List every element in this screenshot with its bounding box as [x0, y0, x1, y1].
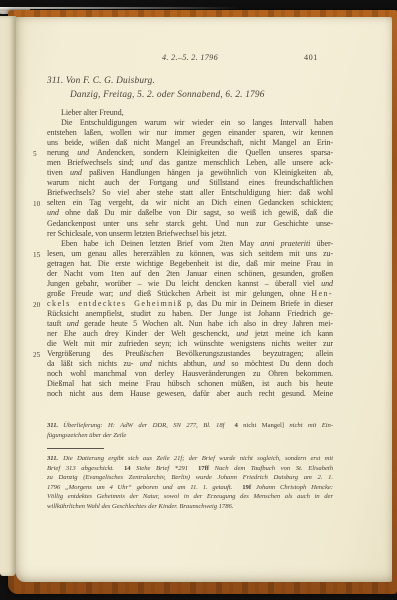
- text-segment: Nach dem Taufbuch von St. Elisabeth: [209, 465, 333, 472]
- page-number: 401: [304, 53, 318, 62]
- text-segment: Lieber alter Freund,: [61, 108, 124, 117]
- text-segment: anni praeteriti: [260, 239, 310, 248]
- text-segment: getragen hat. Die erste wichtige Begeben…: [47, 259, 333, 268]
- text-segment: gerade heute 5 Wochen alt. Nun habe ich …: [79, 319, 333, 328]
- text-segment: Jungen gebahr, worüber – wie Du leicht d…: [47, 279, 321, 288]
- text-segment: willkührlichen Wahl des Geschlechtes der…: [47, 503, 233, 510]
- letter-text-line: noch nicht aus dem Hause gewesen, dafür …: [47, 389, 333, 399]
- book-scan: 4. 2.–5. 2. 1796 401 311. Von F. C. G. D…: [0, 0, 397, 600]
- text-segment: selten ein Tag vergeht, da wir nicht an …: [47, 198, 333, 207]
- letter-text-line: Gedanckenpost unter uns sehr starck geht…: [47, 219, 333, 229]
- letter-text-line: 20ckels entdecktes Geheimniß p, das Du m…: [47, 299, 333, 309]
- commentary-line: Völlig entdektes Geheimnis der Natur, so…: [47, 492, 333, 502]
- text-segment: und: [187, 178, 199, 187]
- text-segment: uns beide, wißen daß nicht Mangel an Fre…: [47, 138, 333, 147]
- letter-text-line: Die Entschuldigungen warum wir wieder ei…: [47, 118, 333, 128]
- letter-text-line: Rücksicht anempfielst, studirt zu haben.…: [47, 309, 333, 319]
- letter-text-line: getragen hat. Die erste wichtige Begeben…: [47, 259, 333, 269]
- letter-text-line: 10selten ein Tag vergeht, da wir nicht a…: [47, 198, 333, 208]
- text-segment: Dießmal hat sich meine Frau hübsch schon…: [47, 379, 333, 388]
- text-segment: fügungszeichen über der Zeile: [47, 432, 126, 439]
- text-segment: und: [70, 168, 82, 177]
- text-segment: und: [141, 158, 153, 167]
- text-segment: das gantze menschlich Leben, alle unsere…: [152, 158, 333, 167]
- text-segment: Völlig entdektes Geheimnis der Natur, so…: [47, 493, 333, 500]
- text-segment: tiven: [47, 168, 70, 177]
- letter-text-line: Eben habe ich Deinen letzten Brief vom 2…: [47, 239, 333, 249]
- running-header-date: 4. 2.–5. 2. 1796: [47, 53, 333, 62]
- page-stack-highlight: [0, 7, 240, 9]
- apparatus-line: fügungszeichen über der Zeile: [47, 431, 333, 441]
- text-segment: Gedanckenpost unter uns sehr starck geht…: [47, 219, 333, 228]
- text-segment: nicht mit Ein-: [289, 422, 333, 429]
- text-segment: ohne daß Du mir daßelbe von Dir sagst, s…: [59, 208, 333, 217]
- text-segment: entstehen laßen, wollen wir nur immer ge…: [47, 128, 333, 137]
- letter-text-line: da läßt sich nichts zu- und nichts abthu…: [47, 359, 333, 369]
- commentary-line: zu Danzig (Evangelisches Zentralarchiv, …: [47, 473, 333, 483]
- letter-text-line: tauft und gerade heute 5 Wochen alt. Nun…: [47, 319, 333, 329]
- margin-line-number: 25: [33, 350, 44, 360]
- text-segment: dieß Stückchen Arbeit ist mir gelungen, …: [131, 289, 311, 298]
- letter-text-line: rer Schicksale, von unserm letzten Brief…: [47, 229, 333, 239]
- letter-text-line: ner Ehe auch drey Kinder der Welt gesche…: [47, 329, 333, 339]
- letter-text-line: 15lesen, um genau alles hererzählen zu k…: [47, 249, 333, 259]
- commentary-line: 1796 „Morgens um 4 Uhr“ geboren und am 1…: [47, 483, 333, 493]
- margin-line-number: 20: [33, 300, 44, 310]
- page-surface: 4. 2.–5. 2. 1796 401 311. Von F. C. G. D…: [16, 17, 392, 582]
- margin-line-number: 15: [33, 250, 44, 260]
- text-segment: und: [67, 319, 79, 328]
- text-segment: und: [119, 289, 131, 298]
- text-segment: Die Entschuldigungen warum wir wieder ei…: [61, 118, 333, 127]
- text-segment: 311.: [47, 422, 58, 429]
- text-segment: nichts abthun,: [152, 359, 213, 368]
- text-segment: da läßt sich nichts zu-: [47, 359, 140, 368]
- apparatus-divider-rule: [47, 448, 104, 449]
- text-segment: nerung: [47, 148, 77, 157]
- apparatus-line: 311.Überlieferung: H: AdW der DDR, SN 27…: [47, 421, 333, 431]
- text-segment: ischen: [144, 349, 164, 358]
- letter-text-line: Lieber alter Freund,: [47, 108, 333, 118]
- letter-text-line: der Nacht vom 1ten auf den 2ten Januar e…: [47, 269, 333, 279]
- letter-text-line: men Briefwechsels sind; und das gantze m…: [47, 158, 333, 168]
- text-segment: Siehe Brief *291: [131, 465, 188, 472]
- text-segment: und: [47, 208, 59, 217]
- text-segment: große Freude war;: [47, 289, 119, 298]
- text-segment: und: [77, 148, 89, 157]
- text-segment: und: [321, 279, 333, 288]
- text-segment: noch wohl manchmal von derley Hausveränd…: [47, 369, 333, 378]
- text-segment: Eben habe ich Deinen letzten Brief vom 2…: [61, 239, 260, 248]
- text-segment: Überlieferung: H: AdW der DDR, SN 277, B…: [63, 422, 224, 429]
- text-segment: und: [236, 329, 248, 338]
- letter-text-line: große Freude war; und dieß Stückchen Arb…: [47, 289, 333, 299]
- letter-text-line: Dießmal hat sich meine Frau hübsch schon…: [47, 379, 333, 389]
- letter-text-line: 25Vergrößerung des Preußischen Bevölkeru…: [47, 349, 333, 359]
- text-segment: Vergrößerung des Preuß: [47, 349, 144, 358]
- letter-text-line: Jungen gebahr, worüber – wie Du leicht d…: [47, 279, 333, 289]
- text-segment: ner Ehe auch drey Kinder der Welt gesche…: [47, 329, 236, 338]
- text-segment: so möchtest Du denn doch: [225, 359, 333, 368]
- margin-line-number: 10: [33, 199, 44, 209]
- text-segment: paßiven Handlungen hängen ja gewöhnlich …: [82, 168, 333, 177]
- text-segment: 19f: [242, 484, 251, 491]
- letter-text-line: tiven und paßiven Handlungen hängen ja g…: [47, 168, 333, 178]
- text-segment: lesen, um genau alles hererzählen zu kön…: [47, 249, 333, 258]
- letter-number-line: 311. Von F. C. G. Duisburg.: [47, 74, 347, 88]
- letter-text-line: entstehen laßen, wollen wir nur immer ge…: [47, 128, 333, 138]
- commentary-block: 311.Die Datierung ergibt sich aus Zeile …: [47, 454, 333, 511]
- commentary-line: 311.Die Datierung ergibt sich aus Zeile …: [47, 454, 333, 464]
- text-segment: men Briefwechsels sind;: [47, 158, 141, 167]
- letter-text-line: 5nerung und Andencken, sondern Kleinigke…: [47, 148, 333, 158]
- letter-text-line: die Welt mit mir zufrieden seyn; ich wün…: [47, 339, 333, 349]
- letter-text-line: warum nicht auch der Fortgang und Stills…: [47, 178, 333, 188]
- text-segment: jetzt meine ich kann: [248, 329, 333, 338]
- margin-line-number: 5: [33, 149, 44, 159]
- text-segment: warum nicht auch der Fortgang: [47, 178, 187, 187]
- text-segment: ckels entdecktes Geheimniß: [47, 299, 183, 308]
- commentary-line: Brief 313 abgeschickt.14 Siehe Brief *29…: [47, 464, 333, 474]
- text-segment: und: [140, 359, 152, 368]
- text-segment: und: [213, 359, 225, 368]
- text-segment: Andencken, sondern Kleinigkeiten die Que…: [89, 148, 333, 157]
- text-segment: Bevölkerungszustandes beyzutragen; allei…: [164, 349, 333, 358]
- text-segment: Rücksicht anempfielst, studirt zu haben.…: [47, 309, 333, 318]
- text-segment: 311.: [47, 455, 58, 462]
- text-segment: Die Datierung ergibt sich aus Zeile 21f;…: [63, 455, 333, 462]
- text-segment: der Nacht vom 1ten auf den 2ten Januar e…: [47, 269, 333, 278]
- letter-body: Lieber alter Freund,Die Entschuldigungen…: [47, 108, 333, 399]
- text-segment: 1796 „Morgens um 4 Uhr“ geboren und am 1…: [47, 484, 232, 491]
- apparatus-block: 311.Überlieferung: H: AdW der DDR, SN 27…: [47, 421, 333, 440]
- text-segment: nicht Mangel]: [238, 422, 290, 429]
- text-segment: über-: [310, 239, 333, 248]
- text-segment: Stillstand eines freundschaftlichen: [199, 178, 333, 187]
- letter-text-line: uns beide, wißen daß nicht Mangel an Fre…: [47, 138, 333, 148]
- facing-page-edge: [0, 16, 16, 576]
- letter-heading: 311. Von F. C. G. Duisburg. Danzig, Frei…: [47, 74, 347, 102]
- text-segment: p, das Du mir in Deinem Briefe in dieser: [183, 299, 333, 308]
- text-segment: Briefwechsels? So viel aber stehe statt …: [47, 188, 333, 197]
- text-segment: 17ff: [198, 465, 209, 472]
- text-segment: 14: [124, 465, 131, 472]
- letter-text-line: Briefwechsels? So viel aber stehe statt …: [47, 188, 333, 198]
- letter-text-line: noch wohl manchmal von derley Hausveränd…: [47, 369, 333, 379]
- text-segment: Hen-: [311, 289, 333, 298]
- text-segment: zu Danzig (Evangelisches Zentralarchiv, …: [47, 474, 333, 481]
- letter-text-line: und ohne daß Du mir daßelbe von Dir sags…: [47, 208, 333, 218]
- text-segment: Brief 313 abgeschickt.: [47, 465, 114, 472]
- text-segment: tauft: [47, 319, 67, 328]
- text-segment: Johann Christoph Hencke:: [251, 484, 333, 491]
- letter-place-date-line: Danzig, Freitag, 5. 2. oder Sonnabend, 6…: [70, 88, 347, 102]
- text-segment: rer Schicksale, von unserm letzten Brief…: [47, 229, 227, 238]
- text-segment: noch nicht aus dem Hause gewesen, dafür …: [47, 389, 333, 398]
- text-segment: die Welt mit mir zufrieden seyn; ich wün…: [47, 339, 333, 348]
- commentary-line: willkührlichen Wahl des Geschlechtes der…: [47, 502, 333, 512]
